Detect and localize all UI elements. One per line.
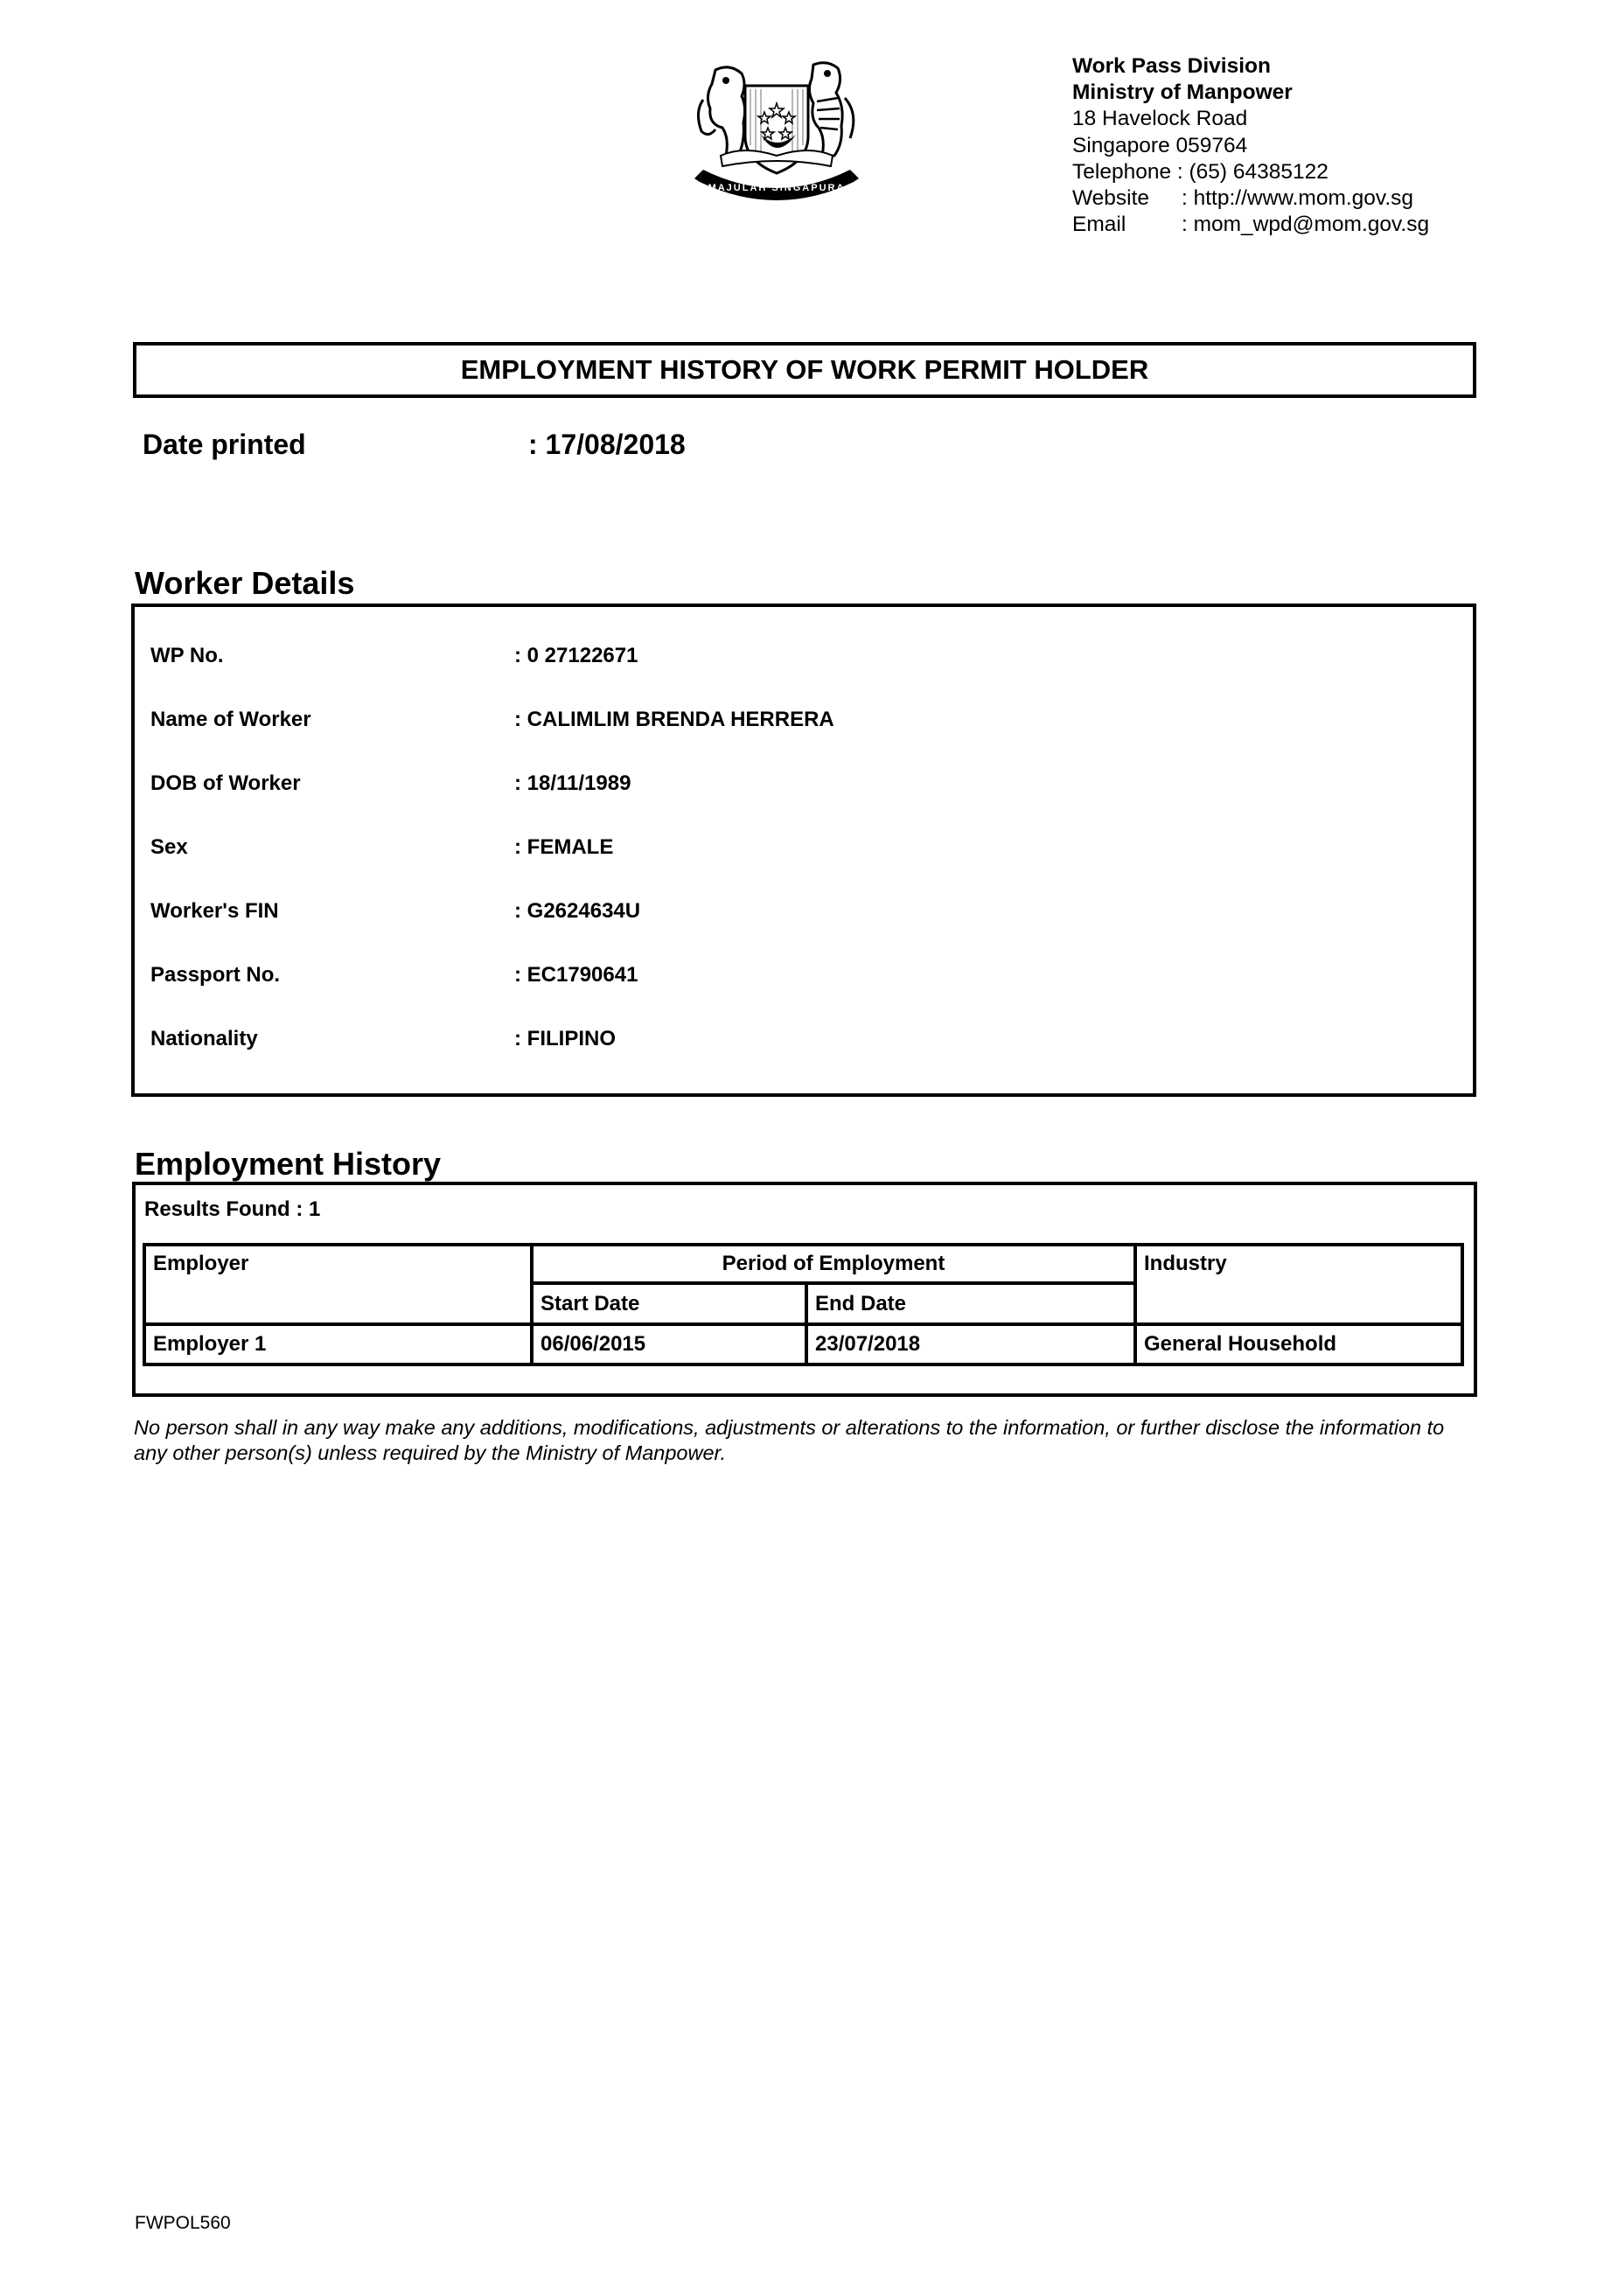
worker-details-box: WP No. : 0 27122671 Name of Worker : CAL… <box>131 604 1476 1097</box>
detail-value: : 18/11/1989 <box>514 771 631 796</box>
telephone-label: Telephone <box>1072 160 1171 184</box>
detail-label: DOB of Worker <box>150 771 301 796</box>
date-printed-label: Date printed <box>143 429 306 461</box>
employment-history-box: Results Found : 1 Employer Period of Emp… <box>132 1182 1477 1397</box>
document-title: EMPLOYMENT HISTORY OF WORK PERMIT HOLDER <box>461 354 1149 386</box>
form-code: FWPOL560 <box>135 2213 231 2234</box>
detail-label: Sex <box>150 835 188 860</box>
header-end-date: End Date <box>806 1283 1135 1324</box>
telephone-value: : (65) 64385122 <box>1177 160 1329 184</box>
email-link[interactable]: : mom_wpd@mom.gov.sg <box>1182 213 1429 236</box>
cell-employer: Employer 1 <box>144 1324 532 1364</box>
detail-value: : FILIPINO <box>514 1027 616 1051</box>
detail-label: WP No. <box>150 644 224 668</box>
detail-value: : G2624634U <box>514 899 640 924</box>
table-header-row: Employer Period of Employment Industry <box>144 1245 1462 1283</box>
detail-value: : EC1790641 <box>514 963 638 987</box>
website-link[interactable]: : http://www.mom.gov.sg <box>1182 186 1413 210</box>
city-postal: Singapore 059764 <box>1072 133 1429 159</box>
website-row: Website: http://www.mom.gov.sg <box>1072 185 1429 212</box>
employment-history-heading: Employment History <box>135 1146 441 1183</box>
detail-value: : FEMALE <box>514 835 613 860</box>
email-row: Email: mom_wpd@mom.gov.sg <box>1072 212 1429 238</box>
cell-end-date: 23/07/2018 <box>806 1324 1135 1364</box>
document-title-box: EMPLOYMENT HISTORY OF WORK PERMIT HOLDER <box>133 342 1476 398</box>
singapore-coat-of-arms-crest-icon: MAJULAH SINGAPURA <box>691 58 862 203</box>
worker-details-heading: Worker Details <box>135 565 354 602</box>
cell-start-date: 06/06/2015 <box>532 1324 806 1364</box>
address-block: Work Pass Division Ministry of Manpower … <box>1072 53 1429 238</box>
results-found-count: Results Found : 1 <box>144 1197 320 1222</box>
division-name: Work Pass Division <box>1072 53 1429 80</box>
street-address: 18 Havelock Road <box>1072 106 1429 132</box>
email-label: Email <box>1072 212 1182 238</box>
detail-value: : 0 27122671 <box>514 644 638 668</box>
telephone-row: Telephone : (65) 64385122 <box>1072 159 1429 185</box>
header-employer: Employer <box>144 1245 532 1324</box>
svg-text:MAJULAH SINGAPURA: MAJULAH SINGAPURA <box>708 183 846 193</box>
ministry-name: Ministry of Manpower <box>1072 80 1429 106</box>
detail-label: Worker's FIN <box>150 899 279 924</box>
detail-label: Passport No. <box>150 963 280 987</box>
header-industry: Industry <box>1135 1245 1462 1324</box>
detail-label: Nationality <box>150 1027 258 1051</box>
table-row: Employer 1 06/06/2015 23/07/2018 General… <box>144 1324 1462 1364</box>
disclaimer-text: No person shall in any way make any addi… <box>134 1415 1463 1465</box>
header-start-date: Start Date <box>532 1283 806 1324</box>
date-printed-value: : 17/08/2018 <box>528 429 686 461</box>
detail-value: : CALIMLIM BRENDA HERRERA <box>514 708 834 732</box>
header-period-of-employment: Period of Employment <box>532 1245 1135 1283</box>
website-label: Website <box>1072 185 1182 212</box>
employment-history-table: Employer Period of Employment Industry S… <box>143 1243 1464 1366</box>
cell-industry: General Household <box>1135 1324 1462 1364</box>
detail-label: Name of Worker <box>150 708 311 732</box>
